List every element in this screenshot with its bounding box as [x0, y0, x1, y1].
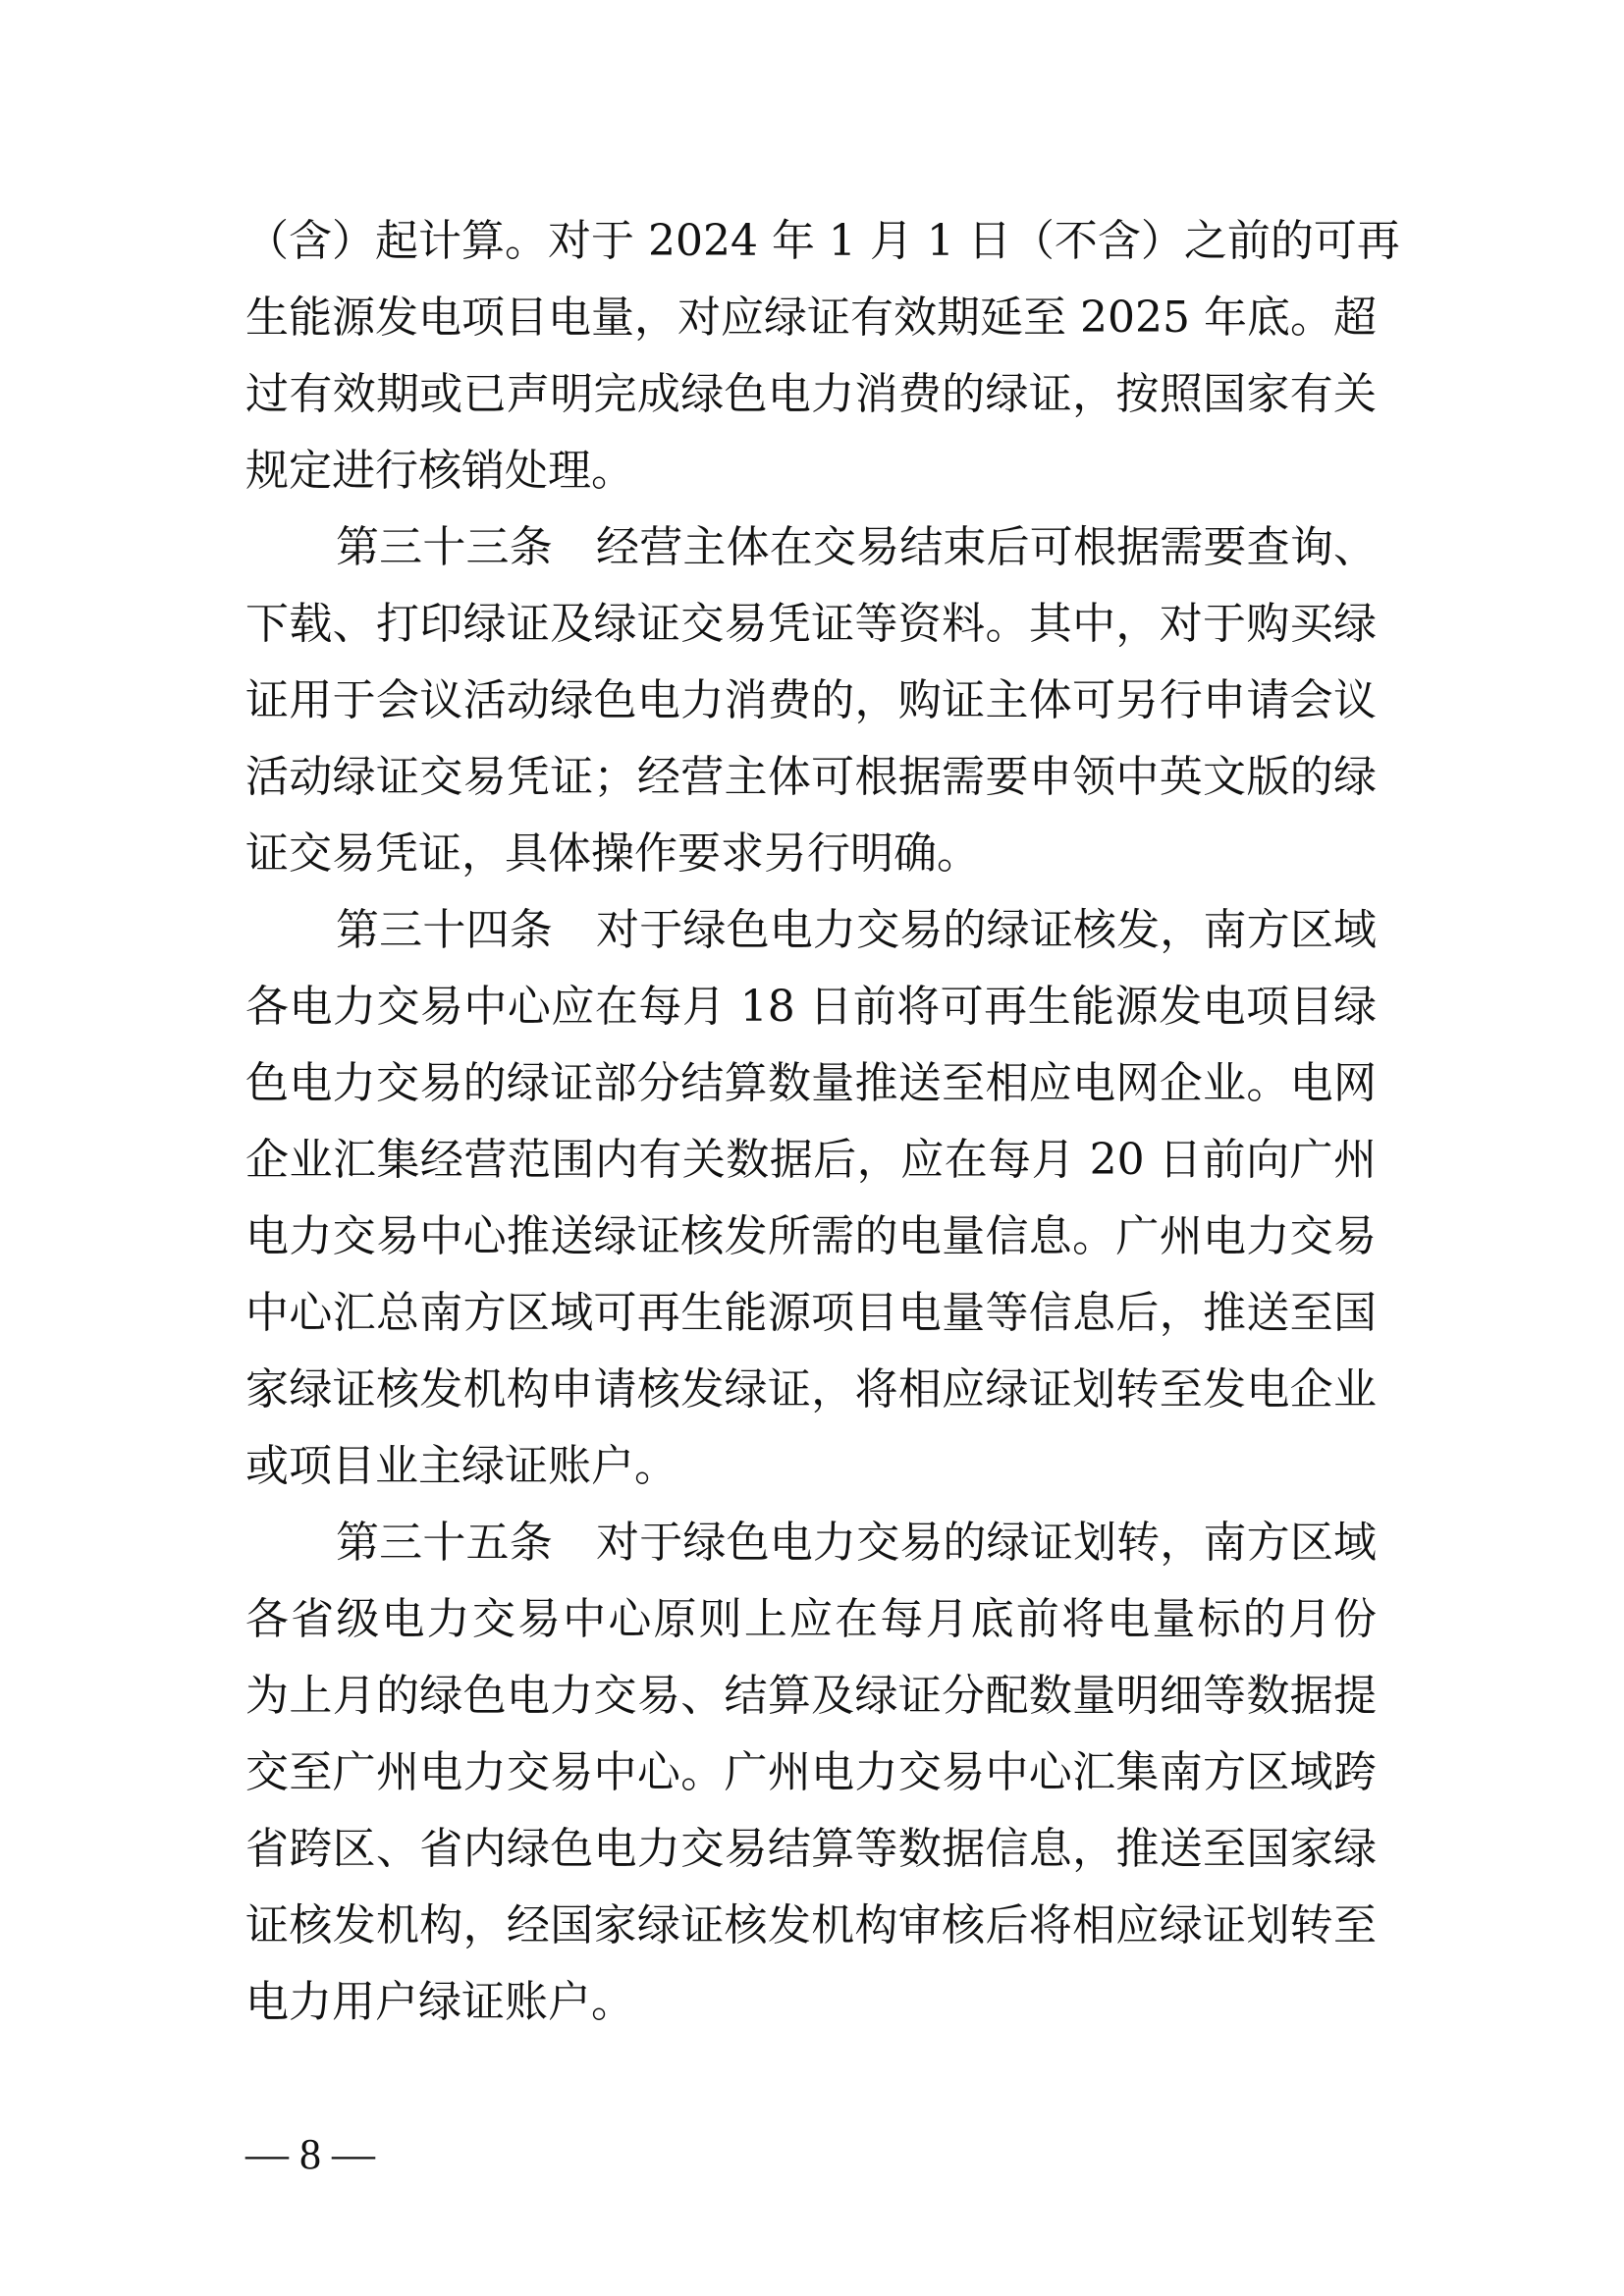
text-line: （含）起计算。对于 2024 年 1 月 1 日（不含）之前的可再	[245, 203, 1377, 280]
text-line: 家绿证核发机构申请核发绿证，将相应绿证划转至发电企业	[245, 1352, 1377, 1428]
article-heading-line: 第三十三条 经营主体在交易结束后可根据需要查询、	[245, 509, 1377, 586]
text-line: 企业汇集经营范围内有关数据后，应在每月 20 日前向广州	[245, 1122, 1377, 1199]
text-line: 证用于会议活动绿色电力消费的，购证主体可另行申请会议	[245, 663, 1377, 739]
text-line: 电力交易中心推送绿证核发所需的电量信息。广州电力交易	[245, 1199, 1377, 1275]
text-line: 下载、打印绿证及绿证交易凭证等资料。其中，对于购买绿	[245, 586, 1377, 663]
text-line: 交至广州电力交易中心。广州电力交易中心汇集南方区域跨	[245, 1735, 1377, 1811]
text-line: 过有效期或已声明完成绿色电力消费的绿证，按照国家有关	[245, 356, 1377, 433]
text-line: 各省级电力交易中心原则上应在每月底前将电量标的月份	[245, 1581, 1377, 1658]
text-line: 或项目业主绿证账户。	[245, 1428, 1377, 1505]
body-text: （含）起计算。对于 2024 年 1 月 1 日（不含）之前的可再 生能源发电项…	[245, 203, 1377, 2041]
text-line: 各电力交易中心应在每月 18 日前将可再生能源发电项目绿	[245, 969, 1377, 1045]
paragraph-continuation: （含）起计算。对于 2024 年 1 月 1 日（不含）之前的可再 生能源发电项…	[245, 203, 1377, 509]
text-line: 证交易凭证，具体操作要求另行明确。	[245, 816, 1377, 892]
paragraph-article-34: 第三十四条 对于绿色电力交易的绿证核发，南方区域 各电力交易中心应在每月 18 …	[245, 892, 1377, 1505]
text-line: 活动绿证交易凭证；经营主体可根据需要申领中英文版的绿	[245, 739, 1377, 816]
article-heading-line: 第三十四条 对于绿色电力交易的绿证核发，南方区域	[245, 892, 1377, 969]
page-number: — 8 —	[245, 2130, 375, 2179]
paragraph-article-33: 第三十三条 经营主体在交易结束后可根据需要查询、 下载、打印绿证及绿证交易凭证等…	[245, 509, 1377, 892]
text-line: 省跨区、省内绿色电力交易结算等数据信息，推送至国家绿	[245, 1811, 1377, 1888]
text-line: 生能源发电项目电量，对应绿证有效期延至 2025 年底。超	[245, 280, 1377, 356]
article-heading-line: 第三十五条 对于绿色电力交易的绿证划转，南方区域	[245, 1505, 1377, 1581]
text-line: 证核发机构，经国家绿证核发机构审核后将相应绿证划转至	[245, 1888, 1377, 1964]
text-line: 电力用户绿证账户。	[245, 1964, 1377, 2041]
text-line: 规定进行核销处理。	[245, 433, 1377, 509]
text-line: 色电力交易的绿证部分结算数量推送至相应电网企业。电网	[245, 1045, 1377, 1122]
paragraph-article-35: 第三十五条 对于绿色电力交易的绿证划转，南方区域 各省级电力交易中心原则上应在每…	[245, 1505, 1377, 2041]
text-line: 为上月的绿色电力交易、结算及绿证分配数量明细等数据提	[245, 1658, 1377, 1735]
text-line: 中心汇总南方区域可再生能源项目电量等信息后，推送至国	[245, 1275, 1377, 1352]
document-page: （含）起计算。对于 2024 年 1 月 1 日（不含）之前的可再 生能源发电项…	[0, 0, 1624, 2296]
